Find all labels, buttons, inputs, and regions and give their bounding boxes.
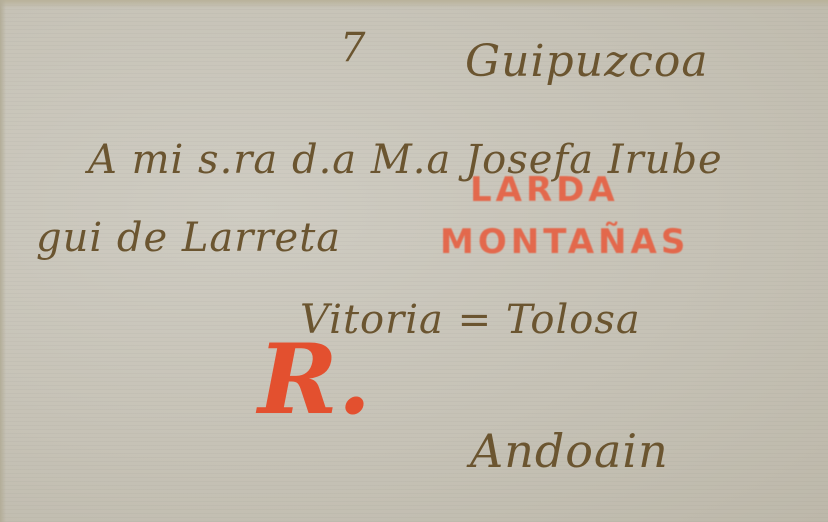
paper-edge-top: [0, 0, 828, 8]
handwritten-address-line-1: A mi s.ra d.a M.a Josefa Irube: [88, 140, 723, 180]
paper-edge-left: [0, 0, 6, 522]
handwritten-address-line-2: gui de Larreta: [36, 218, 341, 258]
handwritten-destination: Andoain: [470, 428, 669, 474]
letter-cover: 7 Guipuzcoa LARDA MONTAÑAS A mi s.ra d.a…: [0, 0, 828, 522]
red-manuscript-mark: R.: [258, 332, 371, 428]
handwritten-mark-seven: 7: [340, 28, 366, 68]
handwritten-province: Guipuzcoa: [465, 40, 709, 84]
postmark-line-2: MONTAÑAS: [440, 222, 689, 262]
